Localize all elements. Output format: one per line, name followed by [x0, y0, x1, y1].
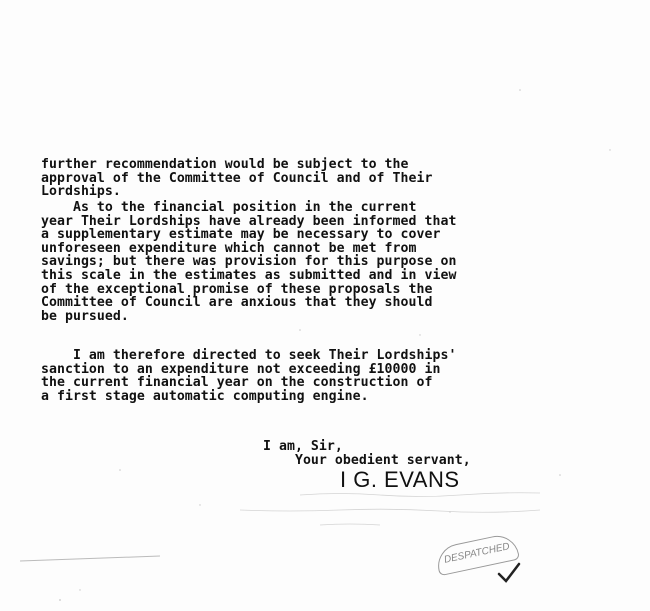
closing-salutation: I am, Sir, Your obedient servant,: [263, 440, 471, 467]
paragraph-sanction-request: I am therefore directed to seek Their Lo…: [41, 349, 456, 403]
paragraph-continuation: further recommendation would be subject …: [41, 158, 433, 199]
paragraph-financial-position: As to the financial position in the curr…: [41, 201, 456, 323]
signature-name: I G. EVANS: [340, 467, 460, 493]
check-mark-icon: [497, 560, 521, 584]
letter-page: further recommendation would be subject …: [0, 0, 650, 611]
